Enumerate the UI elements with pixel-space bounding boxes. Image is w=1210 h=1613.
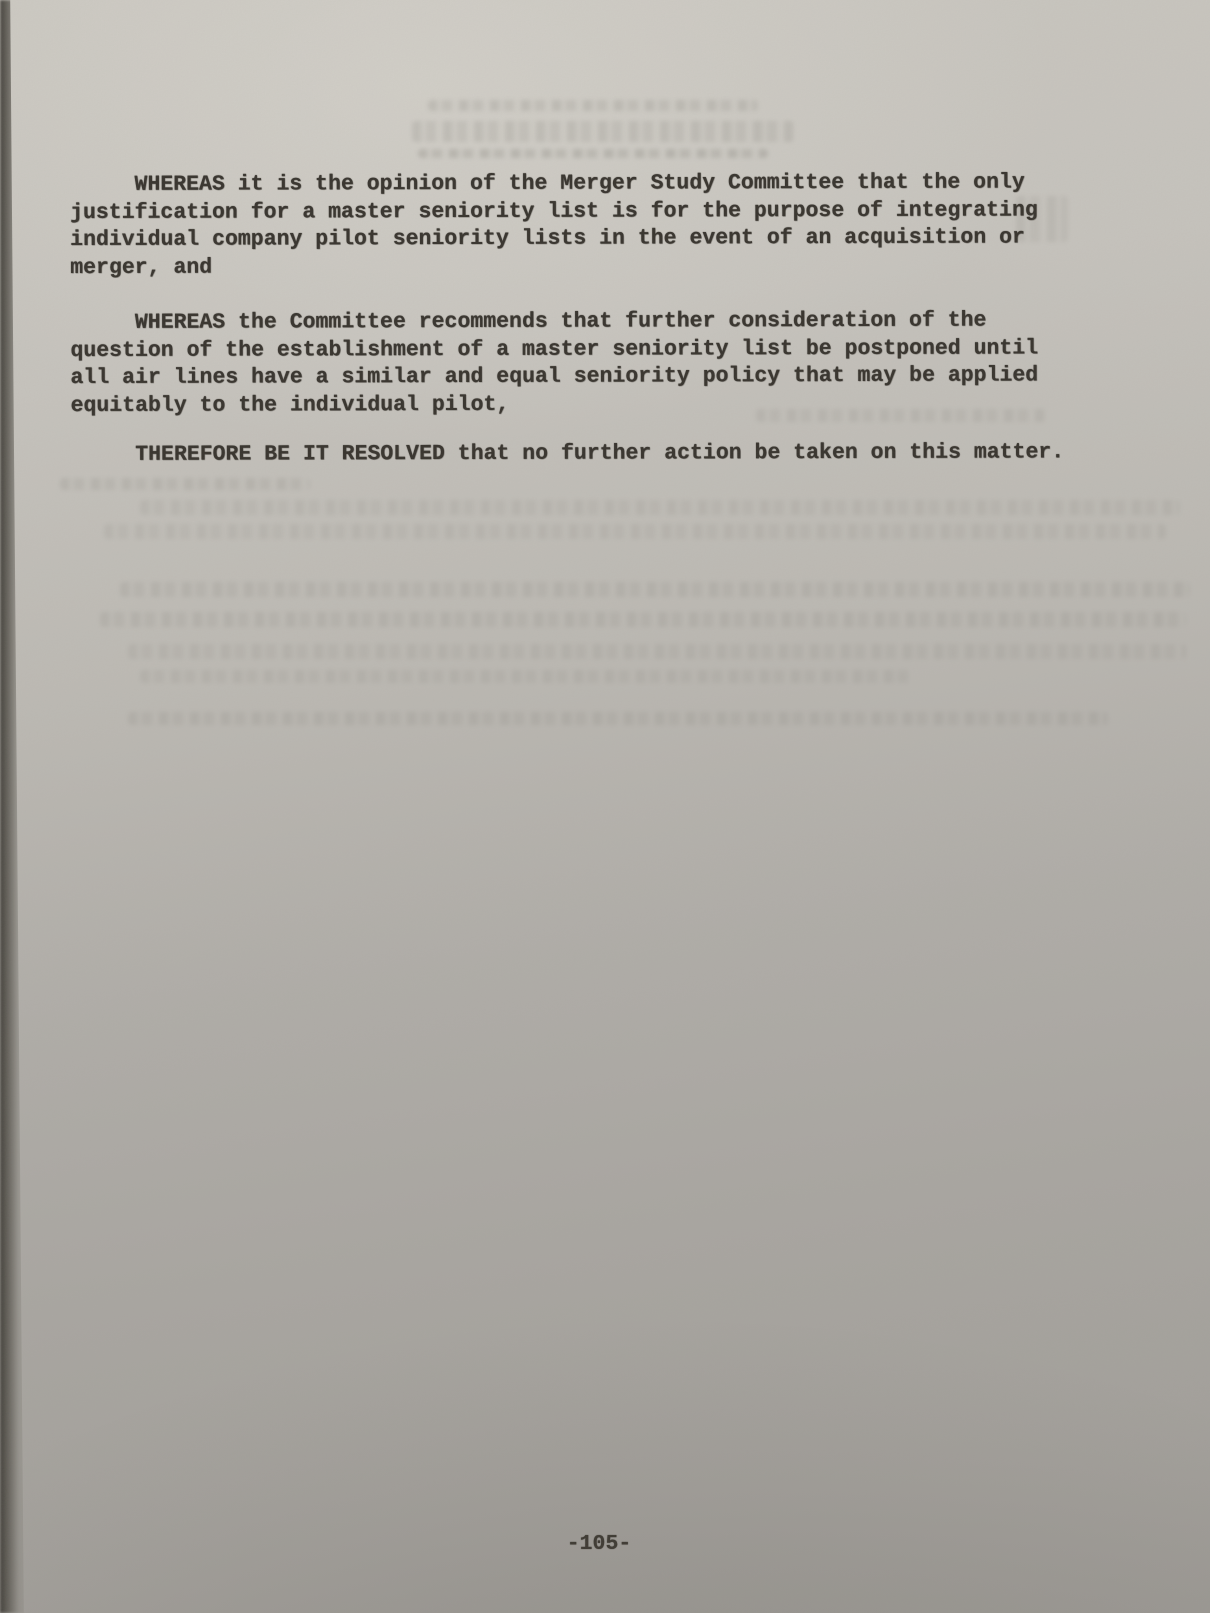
page-number: -105-: [0, 1531, 1198, 1557]
whereas-paragraph-2: WHEREAS the Committee recommends that fu…: [70, 307, 1038, 420]
document-body: WHEREAS it is the opinion of the Merger …: [0, 0, 1210, 1613]
resolved-paragraph: THEREFORE BE IT RESOLVED that no further…: [71, 439, 1065, 469]
whereas-paragraph-1: WHEREAS it is the opinion of the Merger …: [70, 169, 1038, 282]
scanned-page: WHEREAS it is the opinion of the Merger …: [0, 0, 1210, 1613]
